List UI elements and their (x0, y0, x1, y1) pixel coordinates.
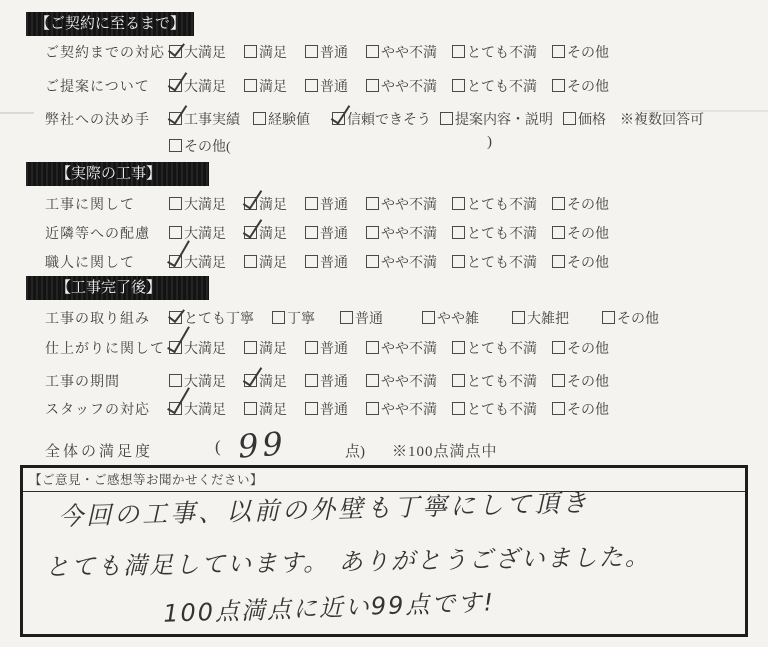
checkbox[interactable] (452, 226, 465, 239)
form-row: その他( ) (0, 133, 768, 155)
checkbox[interactable] (305, 341, 318, 354)
checkbox-option[interactable]: その他 (552, 194, 609, 214)
option-label: 普通 (320, 403, 348, 418)
checkbox-option[interactable]: その他 (552, 338, 609, 358)
option-label: やや不満 (381, 227, 437, 242)
checkbox[interactable] (244, 45, 257, 58)
form-row: スタッフの対応 大満足 満足 普通 やや不満 とても不満 その他 (0, 396, 768, 418)
option-label: とても不満 (467, 227, 537, 242)
checkbox[interactable] (552, 197, 565, 210)
option-label: 普通 (320, 256, 348, 271)
checkbox-option[interactable]: 普通 (305, 76, 348, 96)
option-label: 大満足 (184, 256, 226, 271)
option-label: やや不満 (381, 375, 437, 390)
checkbox-option[interactable]: 大雑把 (512, 308, 569, 328)
checkbox[interactable] (244, 374, 257, 387)
option-label: やや雑 (437, 312, 479, 327)
checkbox-option[interactable]: その他 (552, 42, 609, 62)
checkbox[interactable] (552, 374, 565, 387)
form-row: 近隣等への配慮 大満足 満足 普通 やや不満 とても不満 その他 (0, 220, 768, 242)
checkbox[interactable] (552, 226, 565, 239)
option-label: 経験値 (268, 113, 310, 128)
option-label: 普通 (320, 375, 348, 390)
option-label: 大満足 (184, 80, 226, 95)
row-label: 職人に関して (45, 252, 135, 272)
option-label: とても不満 (467, 46, 537, 61)
checkbox[interactable] (253, 112, 266, 125)
checkbox[interactable] (244, 79, 257, 92)
checkbox[interactable] (169, 255, 182, 268)
option-label: その他 (567, 256, 609, 271)
checkbox[interactable] (366, 341, 379, 354)
checkbox[interactable] (169, 226, 182, 239)
option-label: 大雑把 (527, 312, 569, 327)
checkbox[interactable] (563, 112, 576, 125)
checkbox-option[interactable]: とても不満 (452, 399, 537, 419)
option-label: やや不満 (381, 342, 437, 357)
handwritten-comment-line: とても満足しています。 ありがとうございました。 (45, 537, 651, 583)
checkbox[interactable] (366, 45, 379, 58)
checkbox-option[interactable]: 大満足 (169, 371, 226, 391)
option-label: その他 (567, 227, 609, 242)
option-label: 普通 (320, 227, 348, 242)
checkbox[interactable] (366, 255, 379, 268)
checkbox[interactable] (452, 341, 465, 354)
option-label: とても丁寧 (184, 312, 254, 327)
checkbox[interactable] (169, 197, 182, 210)
option-label: その他( (184, 140, 231, 155)
checkbox-option[interactable]: 丁寧 (272, 308, 315, 328)
checkbox-option[interactable]: 価格 (563, 109, 606, 129)
checkbox-option[interactable]: その他 (602, 308, 659, 328)
checkbox-option[interactable]: 普通 (305, 223, 348, 243)
row-label: 近隣等への配慮 (45, 223, 150, 243)
checkbox-option[interactable]: やや不満 (366, 338, 437, 358)
option-label: 満足 (259, 256, 287, 271)
checkbox-option[interactable]: とても不満 (452, 223, 537, 243)
checkbox[interactable] (366, 402, 379, 415)
checkbox[interactable] (169, 112, 182, 125)
checkbox-option[interactable]: やや不満 (366, 76, 437, 96)
checkbox-option[interactable]: とても不満 (452, 338, 537, 358)
checkbox-option[interactable]: 大満足 (169, 223, 226, 243)
checkbox-option[interactable]: 満足 (244, 338, 287, 358)
option-label: 大満足 (184, 403, 226, 418)
open-paren: ( (215, 437, 221, 457)
checkbox[interactable] (512, 311, 525, 324)
checkbox-option[interactable]: 満足 (244, 399, 287, 419)
points-close-paren: 点) (345, 440, 365, 461)
option-label: その他 (567, 46, 609, 61)
checkbox-option[interactable]: その他 (552, 399, 609, 419)
row-label: 仕上がりに関して (45, 338, 165, 358)
option-label: 満足 (259, 403, 287, 418)
checkbox-option[interactable]: その他( (169, 136, 231, 156)
option-label: とても不満 (467, 80, 537, 95)
checkbox[interactable] (244, 197, 257, 210)
checkbox[interactable] (452, 402, 465, 415)
checkbox-option[interactable]: 普通 (305, 338, 348, 358)
option-label: 満足 (259, 375, 287, 390)
checkbox[interactable] (305, 79, 318, 92)
option-label: 満足 (259, 227, 287, 242)
checkbox-option[interactable]: 満足 (244, 371, 287, 391)
row-label: スタッフの対応 (45, 399, 150, 419)
checkbox-option[interactable]: とても不満 (452, 371, 537, 391)
checkbox[interactable] (169, 311, 182, 324)
form-row: 工事に関して 大満足 満足 普通 やや不満 とても不満 その他 (0, 191, 768, 213)
handwritten-score: 99 (237, 424, 288, 465)
option-label: 大満足 (184, 198, 226, 213)
checkbox-option[interactable]: とても不満 (452, 76, 537, 96)
option-label: 普通 (355, 312, 383, 327)
checkbox[interactable] (552, 79, 565, 92)
close-paren: ) (487, 134, 492, 151)
option-label: その他 (567, 403, 609, 418)
checkbox-option[interactable]: 大満足 (169, 76, 226, 96)
checkbox-option[interactable]: 普通 (305, 42, 348, 62)
section-title-construction: 【実際の工事】 (26, 162, 209, 186)
option-label: その他 (567, 342, 609, 357)
checkbox[interactable] (452, 374, 465, 387)
section-title-completion: 【工事完了後】 (26, 276, 209, 300)
option-label: やや不満 (381, 80, 437, 95)
checkbox-option[interactable]: その他 (552, 76, 609, 96)
form-row: 工事の期間 大満足 満足 普通 やや不満 とても不満 その他 (0, 368, 768, 390)
checkbox[interactable] (452, 45, 465, 58)
checkbox-option[interactable]: とても不満 (452, 194, 537, 214)
option-label: 満足 (259, 198, 287, 213)
option-label: 工事実績 (184, 113, 240, 128)
checkbox[interactable] (366, 374, 379, 387)
option-label: 普通 (320, 80, 348, 95)
checkbox[interactable] (452, 79, 465, 92)
checkbox[interactable] (602, 311, 615, 324)
option-label: やや不満 (381, 46, 437, 61)
checkbox-option[interactable]: 工事実績 (169, 109, 240, 129)
checkbox[interactable] (244, 402, 257, 415)
multiple-answers-note: ※複数回答可 (620, 109, 704, 129)
checkbox[interactable] (305, 255, 318, 268)
checkmark-icon (168, 39, 185, 57)
option-label: その他 (567, 198, 609, 213)
row-label: 工事に関して (45, 194, 135, 214)
checkbox[interactable] (305, 197, 318, 210)
checkbox[interactable] (305, 402, 318, 415)
checkbox[interactable] (452, 197, 465, 210)
checkbox-option[interactable]: やや不満 (366, 223, 437, 243)
checkbox-option[interactable]: その他 (552, 371, 609, 391)
checkbox[interactable] (169, 402, 182, 415)
checkbox[interactable] (244, 226, 257, 239)
overall-satisfaction-label: 全体の満足度 (45, 440, 153, 461)
checkbox[interactable] (272, 311, 285, 324)
checkbox-option[interactable]: 大満足 (169, 338, 226, 358)
checkbox-option[interactable]: 大満足 (169, 42, 226, 62)
option-label: とても不満 (467, 342, 537, 357)
row-label: ご契約までの対応 (45, 42, 165, 62)
checkbox[interactable] (552, 402, 565, 415)
option-label: 丁寧 (287, 312, 315, 327)
option-label: 大満足 (184, 46, 226, 61)
option-label: やや不満 (381, 198, 437, 213)
checkbox[interactable] (244, 255, 257, 268)
checkbox[interactable] (552, 255, 565, 268)
scan-artifact (640, 110, 768, 112)
checkbox-option[interactable]: その他 (552, 223, 609, 243)
row-label: 工事の期間 (45, 371, 120, 391)
checkbox-option[interactable]: 大満足 (169, 194, 226, 214)
option-label: 大満足 (184, 342, 226, 357)
option-label: とても不満 (467, 198, 537, 213)
checkbox[interactable] (552, 341, 565, 354)
checkbox-option[interactable]: やや雑 (422, 308, 479, 328)
option-label: 提案内容・説明 (455, 113, 553, 128)
checkbox[interactable] (169, 139, 182, 152)
checkbox-option[interactable]: 提案内容・説明 (440, 109, 553, 129)
row-label: 工事の取り組み (45, 308, 150, 328)
checkbox[interactable] (366, 226, 379, 239)
checkbox-option[interactable]: 普通 (305, 399, 348, 419)
checkbox-option[interactable]: 満足 (244, 252, 287, 272)
checkbox[interactable] (366, 79, 379, 92)
checkbox[interactable] (366, 197, 379, 210)
checkbox-option[interactable]: やや不満 (366, 194, 437, 214)
form-row: 工事の取り組み とても丁寧 丁寧 普通 やや雑 大雑把 その他 (0, 305, 768, 327)
option-label: 満足 (259, 342, 287, 357)
form-row: ご提案について 大満足 満足 普通 やや不満 とても不満 その他 (0, 73, 768, 95)
handwritten-comment-line: 100点満点に近い99点です! (162, 582, 495, 629)
checkbox-option[interactable]: 満足 (244, 76, 287, 96)
option-label: 普通 (320, 342, 348, 357)
option-label: とても不満 (467, 256, 537, 271)
option-label: 大満足 (184, 227, 226, 242)
survey-form-scan: 【ご契約に至るまで】 ご契約までの対応 大満足 満足 普通 やや不満 とても不満… (0, 0, 768, 647)
checkbox-option[interactable]: とても不満 (452, 252, 537, 272)
scan-artifact (0, 112, 34, 114)
checkbox-option[interactable]: 普通 (305, 252, 348, 272)
comments-box[interactable]: 【ご意見・ご感想等お聞かせください】 今回の工事、以前の外壁も丁寧にして頂き と… (20, 465, 748, 637)
checkbox-option[interactable]: やや不満 (366, 371, 437, 391)
checkbox[interactable] (305, 374, 318, 387)
option-label: やや不満 (381, 403, 437, 418)
checkbox-option[interactable]: 満足 (244, 223, 287, 243)
checkmark-icon (168, 305, 185, 323)
checkbox-option[interactable]: 大満足 (169, 252, 226, 272)
checkbox-option[interactable]: 大満足 (169, 399, 226, 419)
row-label: ご提案について (45, 76, 150, 96)
checkbox-option[interactable]: 満足 (244, 194, 287, 214)
checkbox-option[interactable]: その他 (552, 252, 609, 272)
checkbox-option[interactable]: 信頼できそう (332, 109, 431, 129)
option-label: やや不満 (381, 256, 437, 271)
option-label: 普通 (320, 46, 348, 61)
checkbox[interactable] (452, 255, 465, 268)
option-label: 価格 (578, 113, 606, 128)
row-label: 弊社への決め手 (45, 109, 150, 129)
checkbox[interactable] (169, 45, 182, 58)
option-label: その他 (567, 375, 609, 390)
checkbox-option[interactable]: やや不満 (366, 42, 437, 62)
form-row: 職人に関して 大満足 満足 普通 やや不満 とても不満 その他 (0, 249, 768, 271)
checkbox[interactable] (169, 79, 182, 92)
checkbox[interactable] (169, 341, 182, 354)
option-label: 大満足 (184, 375, 226, 390)
checkbox[interactable] (340, 311, 353, 324)
option-label: 満足 (259, 46, 287, 61)
section-title-contract: 【ご契約に至るまで】 (26, 12, 194, 36)
checkbox[interactable] (244, 341, 257, 354)
checkbox-option[interactable]: 普通 (340, 308, 383, 328)
option-label: 満足 (259, 80, 287, 95)
checkbox-option[interactable]: 普通 (305, 371, 348, 391)
checkbox-option[interactable]: 普通 (305, 194, 348, 214)
option-label: その他 (567, 80, 609, 95)
checkbox[interactable] (305, 226, 318, 239)
checkbox[interactable] (422, 311, 435, 324)
max-points-note: ※100点満点中 (392, 440, 498, 461)
checkbox[interactable] (440, 112, 453, 125)
option-label: 普通 (320, 198, 348, 213)
option-label: とても不満 (467, 403, 537, 418)
checkbox-option[interactable]: 経験値 (253, 109, 310, 129)
option-label: 信頼できそう (347, 113, 431, 128)
form-row: ご契約までの対応 大満足 満足 普通 やや不満 とても不満 その他 (0, 39, 768, 61)
checkbox[interactable] (305, 45, 318, 58)
form-row: 仕上がりに関して 大満足 満足 普通 やや不満 とても不満 その他 (0, 335, 768, 357)
option-label: とても不満 (467, 375, 537, 390)
option-label: その他 (617, 312, 659, 327)
checkbox[interactable] (332, 112, 345, 125)
checkbox-option[interactable]: とても不満 (452, 42, 537, 62)
checkbox-option[interactable]: 満足 (244, 42, 287, 62)
checkbox-option[interactable]: やや不満 (366, 399, 437, 419)
checkbox[interactable] (552, 45, 565, 58)
checkbox-option[interactable]: やや不満 (366, 252, 437, 272)
